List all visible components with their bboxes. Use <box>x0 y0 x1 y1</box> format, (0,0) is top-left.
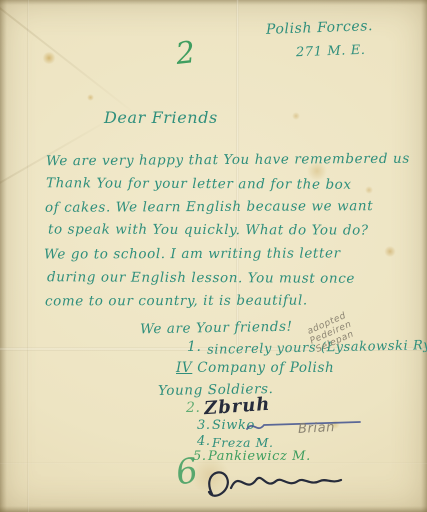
body-line-4: to speak with You quickly. What do You d… <box>48 221 369 238</box>
signature-6-flourish <box>198 462 348 510</box>
company-line-1: IV Company of Polish <box>176 360 334 376</box>
signatory-4-text: Freza M. <box>212 435 274 450</box>
paper-crease-diagonal <box>0 0 140 118</box>
body-line-2: Thank You for your letter and for the bo… <box>46 175 352 193</box>
body-line-5: We go to school. I am writing this lette… <box>44 245 341 262</box>
paper-stain <box>365 186 373 194</box>
signatory-2-signature: Zbruh <box>203 394 271 420</box>
signatory-2-number: 2. <box>186 400 201 416</box>
salutation: Dear Friends <box>104 108 218 127</box>
closing-line: We are Your friends! <box>140 319 293 338</box>
body-line-7: come to our country, it is beautiful. <box>45 293 308 310</box>
body-line-1: We are very happy that You have remember… <box>46 151 410 170</box>
paper-edge-left <box>0 0 7 512</box>
paper-stain <box>292 112 300 120</box>
company-roman-numeral: IV <box>176 360 192 376</box>
signatory-3-number: 3. <box>197 418 211 433</box>
signatory-4-number: 4. <box>197 434 211 449</box>
paper-edge-top <box>0 0 427 5</box>
header-line2: 271 M. E. <box>296 43 366 60</box>
paper-stain <box>87 94 94 101</box>
paper-edge-right <box>421 0 427 512</box>
header-line1: Polish Forces. <box>266 18 374 38</box>
paper-crease-left <box>27 0 29 512</box>
body-line-3: of cakes. We learn English because we wa… <box>45 198 373 216</box>
paper-stain <box>42 52 56 64</box>
letter-scan: 2 Polish Forces. 271 M. E. Dear Friends … <box>0 0 427 512</box>
paper-stain <box>384 246 396 257</box>
body-line-6: during our English lesson. You must once <box>47 269 355 287</box>
page-number: 2 <box>174 35 197 72</box>
signatory-3-pencil-name: Brian <box>298 420 336 437</box>
company-line-1-rest: Company of Polish <box>192 360 334 376</box>
signatory-1-number: 1. <box>187 339 202 355</box>
